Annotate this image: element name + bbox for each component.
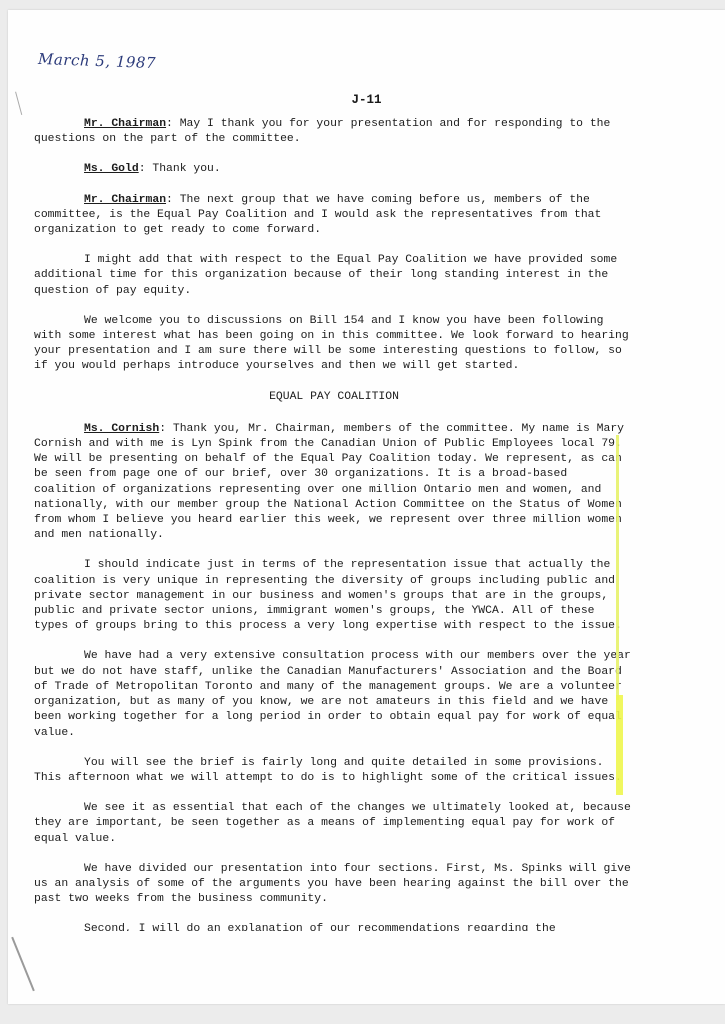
paragraph: Mr. Chairman: The next group that we hav…	[34, 193, 634, 239]
paragraph: Ms. Cornish: Thank you, Mr. Chairman, me…	[34, 422, 634, 544]
paragraph: I should indicate just in terms of the r…	[34, 558, 634, 634]
transcript-body: Mr. Chairman: May I thank you for your p…	[34, 117, 634, 946]
document-page: March 5, 1987 J-11 Mr. Chairman: May I t…	[8, 10, 725, 1004]
paragraph: You will see the brief is fairly long an…	[34, 756, 634, 786]
handwritten-date: March 5, 1987	[38, 50, 157, 72]
paragraph: We have had a very extensive consultatio…	[34, 649, 634, 740]
speaker-name: Ms. Cornish	[84, 423, 159, 435]
paragraph: We welcome you to discussions on Bill 15…	[34, 314, 634, 375]
paragraph: I might add that with respect to the Equ…	[34, 253, 634, 299]
paragraph: We have divided our presentation into fo…	[34, 862, 634, 908]
paragraph-cut-off: Second, I will do an explanation of our …	[34, 922, 634, 931]
speaker-name: Mr. Chairman	[84, 194, 166, 206]
speaker-name: Mr. Chairman	[84, 118, 166, 130]
speaker-name: Ms. Gold	[84, 163, 139, 175]
paragraph: We see it as essential that each of the …	[34, 801, 634, 847]
highlighter-mark	[616, 695, 623, 795]
paragraph: Mr. Chairman: May I thank you for your p…	[34, 117, 634, 147]
section-heading: EQUAL PAY COALITION	[34, 390, 634, 405]
highlighter-mark	[616, 435, 619, 700]
margin-pencil-mark	[11, 937, 35, 992]
page-number: J-11	[8, 93, 725, 107]
paragraph: Ms. Gold: Thank you.	[34, 162, 634, 177]
